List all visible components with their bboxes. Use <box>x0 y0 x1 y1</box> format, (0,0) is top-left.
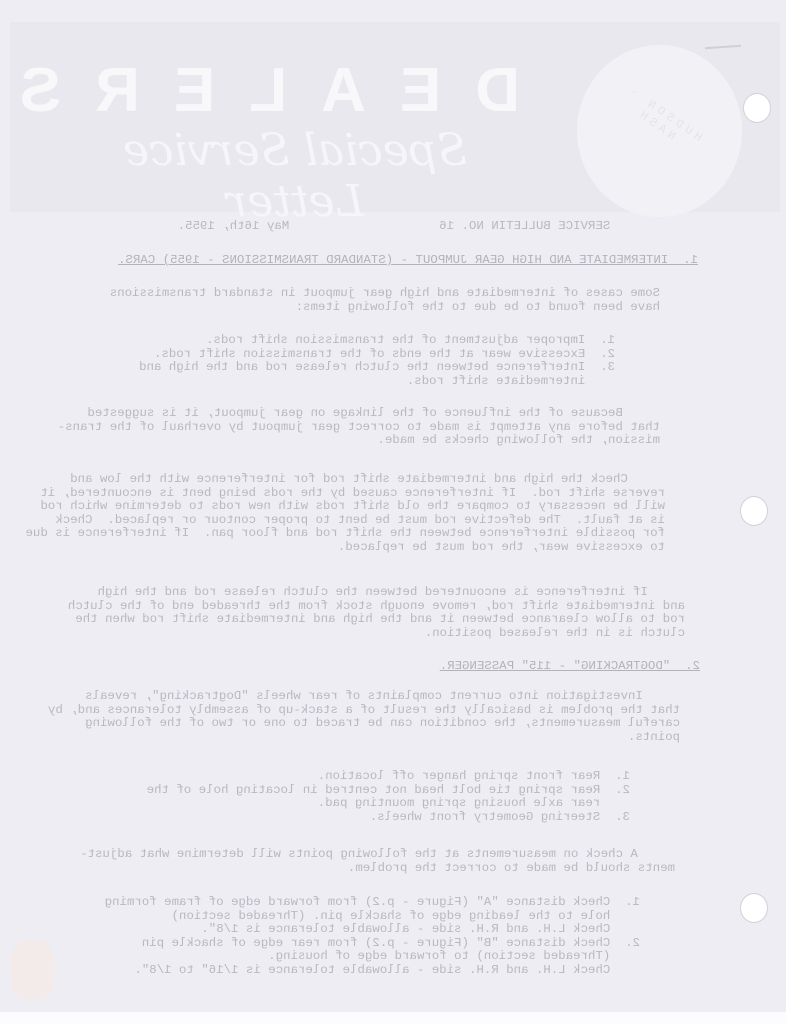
section-1-paragraph-2: Check the high and intermediate shift ro… <box>25 473 665 555</box>
section-2-heading: 2. "DOGTRACKING" - 115" PASSENGER. <box>420 660 700 674</box>
section-2-items: 1. Rear front spring hanger off location… <box>110 770 630 824</box>
section-1-items: 1. Improper adjustment of the transmissi… <box>145 334 615 388</box>
bulletin-number: SERVICE BULLETIN NO. 16 <box>439 219 610 233</box>
punch-hole-top <box>743 93 771 123</box>
bulletin-date: May 16th, 1955. <box>178 219 290 233</box>
punch-hole-bottom <box>740 893 768 923</box>
letterhead-title: DEALERS <box>80 55 520 126</box>
section-1-paragraph-3: If interference is encountered between t… <box>45 586 685 640</box>
section-2-checks: 1. Check distance "A" (Figure - p.2) fro… <box>40 896 640 978</box>
section-1-intro: Some cases of intermediate and high gear… <box>60 287 660 314</box>
punch-hole-middle <box>740 496 768 526</box>
section-2-paragraph-1: Investigation into current complaints of… <box>40 690 680 744</box>
section-1-heading: 1. INTERMEDIATE AND HIGH GEAR JUMPOUT - … <box>88 254 698 268</box>
bulletin-line: SERVICE BULLETIN NO. 16May 16th, 1955. <box>60 206 640 247</box>
section-1-paragraph-1: Because of the influence of the linkage … <box>60 407 660 448</box>
scanned-page: DEALERS Special Service Letter HUDSON · … <box>0 0 786 1012</box>
section-2-paragraph-2: A check on measurements at the following… <box>35 848 675 875</box>
